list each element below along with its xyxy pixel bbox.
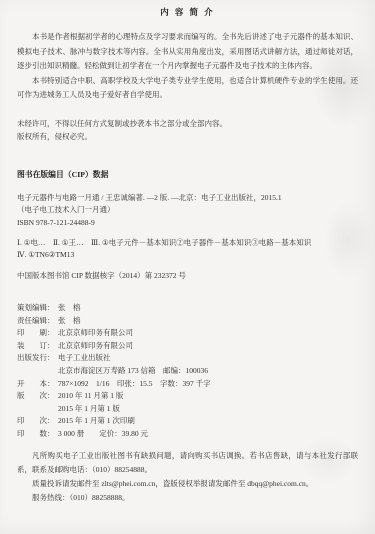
publication-value: 2010 年 11 月第 1 版 — [58, 391, 123, 400]
publication-row-planning-editor: 策划编辑：张 榕 — [17, 302, 358, 315]
publication-row-responsible-editor: 责任编辑：张 榕 — [17, 315, 358, 328]
intro-paragraph-2: 本书特别适合中职、高职学校及大学电子类专业学生使用，也适合计算机硬件专业的学生使… — [17, 74, 358, 103]
publication-row-edition: 版 次：2010 年 11 月第 1 版 — [17, 390, 358, 403]
publication-row-printer: 印 刷：北京京师印务有限公司 — [17, 327, 358, 340]
cip-series-line: （电子电工技术入门一月通） — [17, 204, 358, 217]
cip-isbn-line: ISBN 978-7-121-24488-9 — [17, 217, 358, 230]
cip-header: 图书在版编目（CIP）数据 — [17, 169, 358, 180]
publication-label: 印 次： — [17, 415, 58, 428]
service-exchange-notice: 凡所购买电子工业出版社图书有缺损问题，请向购买书店调换。若书店售缺，请与本社发行… — [17, 449, 358, 477]
cip-block: 电子元器件与电路一月通 / 王忠诚编著. —2 版. —北京：电子工业出版社，2… — [17, 192, 358, 230]
publication-value: 电子工业出版社 — [58, 353, 111, 362]
publication-value: 北京京师印务有限公司 — [58, 328, 133, 337]
publication-label: 责任编辑： — [17, 315, 58, 328]
service-complaint-notice: 质量投诉请发邮件至 zlts@phei.com.cn，盗版侵权举报请发邮件至 d… — [17, 477, 358, 491]
publication-row-format: 开 本：787×1092 1/16 印张：15.5 字数：397 千字 — [17, 378, 358, 391]
intro-paragraph-1: 本书是作者根据初学者的心理特点及学习要求而编写的。全书先后讲述了电子元器件的基本… — [17, 30, 358, 74]
publication-row-binder: 装 订：北京京师印务有限公司 — [17, 340, 358, 353]
publication-row-address: 北京市海淀区万寿路 173 信箱 邮编：100036 — [17, 365, 358, 378]
cip-classification: Ⅰ. ①电… Ⅱ. ①王… Ⅲ. ①电子元件－基本知识②电子器件－基本知识③电路… — [17, 237, 358, 261]
publication-row-impression: 印 次：2015 年 1 月第 1 次印刷 — [17, 415, 358, 428]
publication-value: 787×1092 1/16 印张：15.5 字数：397 千字 — [58, 379, 211, 388]
publication-value: 2015 年 1 月第 1 次印刷 — [58, 416, 135, 425]
publication-label: 印 数： — [17, 428, 58, 441]
cip-class-line-2: Ⅳ. ①TN6②TM13 — [17, 249, 358, 261]
publication-value: 张 榕 — [58, 303, 81, 312]
publication-value: 张 榕 — [58, 316, 81, 325]
cip-class-line-1: Ⅰ. ①电… Ⅱ. ①王… Ⅲ. ①电子元件－基本知识②电子器件－基本知识③电路… — [17, 237, 358, 249]
cip-record-line: 中国版本图书馆 CIP 数据核字（2014）第 232372 号 — [17, 270, 358, 281]
publication-label: 策划编辑： — [17, 302, 58, 315]
publication-info: 策划编辑：张 榕 责任编辑：张 榕 印 刷：北京京师印务有限公司 装 订：北京京… — [17, 302, 358, 441]
publication-label: 装 订： — [17, 340, 58, 353]
publication-label: 开 本： — [17, 378, 58, 391]
publication-value: 北京市海淀区万寿路 173 信箱 邮编：100036 — [58, 366, 208, 375]
service-notice: 凡所购买电子工业出版社图书有缺损问题，请向购买书店调换。若书店售缺，请与本社发行… — [17, 449, 358, 505]
publication-value: 北京京师印务有限公司 — [58, 341, 133, 350]
copyright-line-1: 未经许可，不得以任何方式复制或抄袭本书之部分或全部内容。 — [17, 117, 358, 130]
publication-row-print-run-price: 印 数：3 000 册 定价：39.80 元 — [17, 428, 358, 441]
publication-row-edition-2: 2015 年 1 月第 1 版 — [17, 403, 358, 416]
service-hotline: 服务热线：（010）88258888。 — [17, 491, 358, 505]
section-title: 内 容 简 介 — [17, 7, 358, 17]
book-copyright-page: 内 容 简 介 本书是作者根据初学者的心理特点及学习要求而编写的。全书先后讲述了… — [0, 0, 375, 534]
publication-label: 出版发行： — [17, 352, 58, 365]
publication-value: 3 000 册 定价：39.80 元 — [58, 429, 148, 438]
copyright-notice: 未经许可，不得以任何方式复制或抄袭本书之部分或全部内容。 版权所有，侵权必究。 — [17, 117, 358, 143]
cip-title-line: 电子元器件与电路一月通 / 王忠诚编著. —2 版. —北京：电子工业出版社，2… — [17, 192, 358, 205]
publication-label: 版 次： — [17, 390, 58, 403]
publication-row-publisher: 出版发行：电子工业出版社 — [17, 352, 358, 365]
intro-section: 本书是作者根据初学者的心理特点及学习要求而编写的。全书先后讲述了电子元器件的基本… — [17, 30, 358, 103]
publication-value: 2015 年 1 月第 1 版 — [58, 404, 120, 413]
copyright-line-2: 版权所有，侵权必究。 — [17, 130, 358, 143]
publication-label: 印 刷： — [17, 327, 58, 340]
